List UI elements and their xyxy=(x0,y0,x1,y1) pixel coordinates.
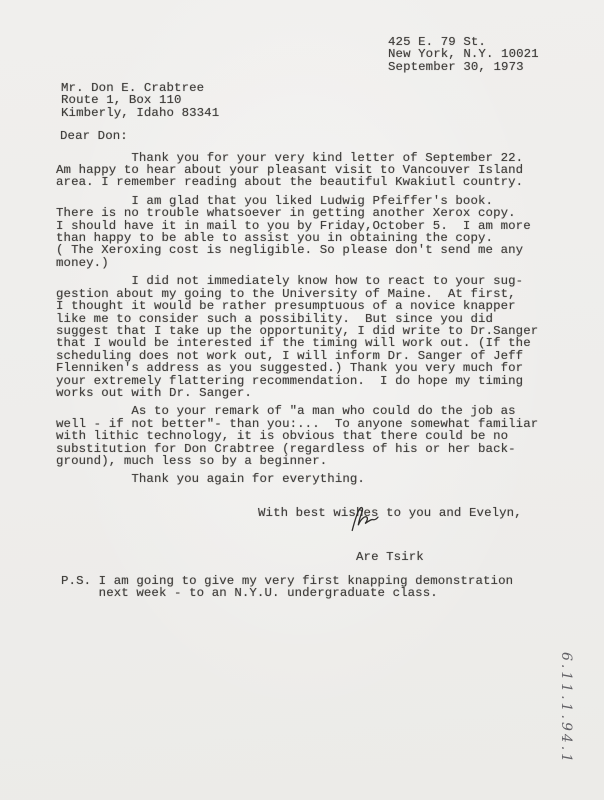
letter-body: Mr. Don E. Crabtree Route 1, Box 110 Kim… xyxy=(56,82,556,599)
recipient-address-block: Mr. Don E. Crabtree Route 1, Box 110 Kim… xyxy=(61,82,556,119)
closing-line: With best wishes to you and Evelyn, xyxy=(258,507,556,519)
paragraph-1: Thank you for your very kind letter of S… xyxy=(56,152,556,189)
sender-address-block: 425 E. 79 St. New York, N.Y. 10021 Septe… xyxy=(388,36,539,73)
handwritten-catalog-number: 6.11.1.94.1 xyxy=(560,652,572,765)
postscript: P.S. I am going to give my very first kn… xyxy=(61,575,556,600)
salutation: Dear Don: xyxy=(60,130,556,142)
paragraph-4: As to your remark of "a man who could do… xyxy=(56,405,556,467)
thanks-line: Thank you again for everything. xyxy=(56,473,556,485)
signature-typed-name: Are Tsirk xyxy=(356,551,556,563)
handwritten-signature-scribble xyxy=(347,503,384,532)
paragraph-3: I did not immediately know how to react … xyxy=(56,275,556,399)
letter-scan-page: 425 E. 79 St. New York, N.Y. 10021 Septe… xyxy=(0,0,604,800)
paragraph-2: I am glad that you liked Ludwig Pfeiffer… xyxy=(56,195,556,269)
